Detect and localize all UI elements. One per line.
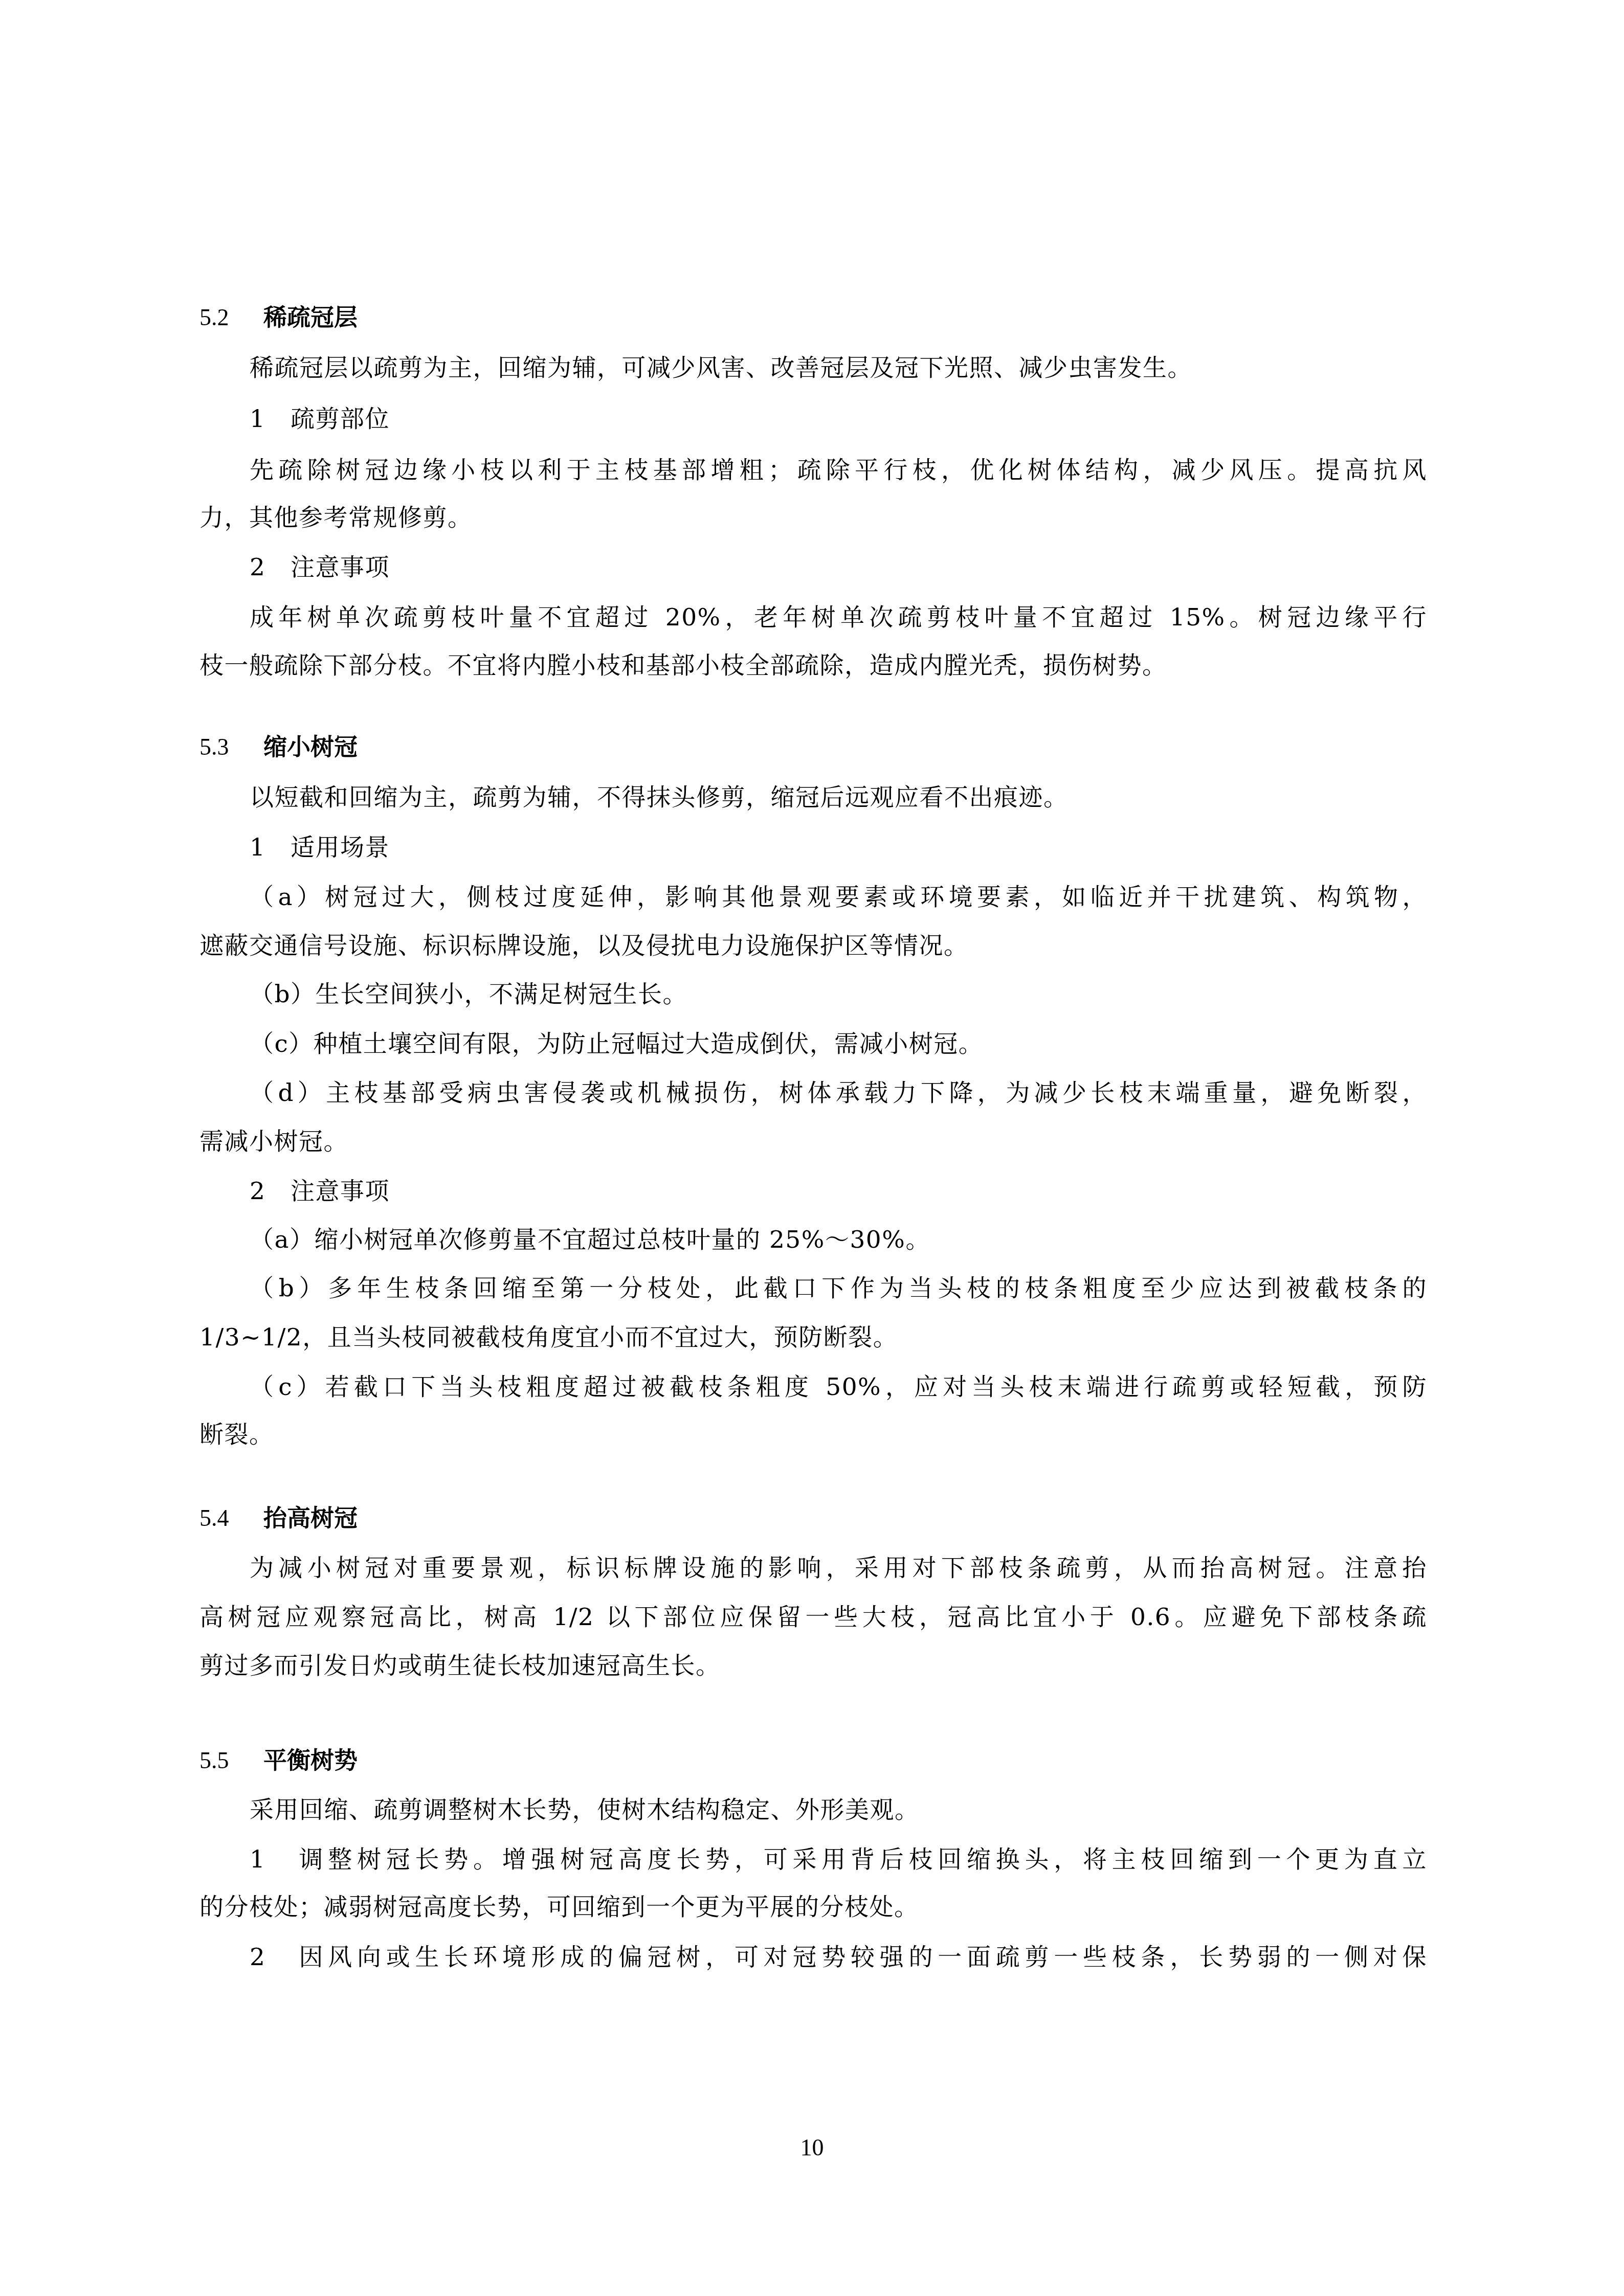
section-title: 抬高树冠: [263, 1504, 358, 1532]
paragraph-line: 高树冠应观察冠高比，树高 1/2 以下部位应保留一些大枝，冠高比宜小于 0.6。…: [199, 1602, 1427, 1633]
section-number: 5.2: [199, 302, 263, 333]
section-heading-5-4: 5.4抬高树冠: [199, 1502, 358, 1534]
paragraph-line: 力，其他参考常规修剪。: [199, 503, 1427, 533]
list-item-line: 断裂。: [199, 1420, 1427, 1450]
section-number: 5.4: [199, 1503, 263, 1534]
list-item-line: （d）主枝基部受病虫害侵袭或机械损伤，树体承载力下降，为减少长枝末端重量，避免断…: [199, 1078, 1427, 1109]
section-heading-5-3: 5.3缩小树冠: [199, 731, 358, 762]
list-item: （a）缩小树冠单次修剪量不宜超过总枝叶量的 25%～30%。: [199, 1225, 1427, 1255]
paragraph: 以短截和回缩为主，疏剪为辅，不得抹头修剪，缩冠后远观应看不出痕迹。: [199, 782, 1427, 813]
section-title: 稀疏冠层: [263, 303, 358, 331]
paragraph-line: 成年树单次疏剪枝叶量不宜超过 20%，老年树单次疏剪枝叶量不宜超过 15%。树冠…: [199, 602, 1427, 633]
section-heading-5-2: 5.2稀疏冠层: [199, 302, 358, 333]
paragraph-line: 的分枝处；减弱树冠高度长势，可回缩到一个更为平展的分枝处。: [199, 1892, 1427, 1923]
paragraph: 采用回缩、疏剪调整树木长势，使树木结构稳定、外形美观。: [199, 1795, 1427, 1826]
list-item-line: （a）树冠过大，侧枝过度延伸，影响其他景观要素或环境要素，如临近并干扰建筑、构筑…: [199, 882, 1427, 913]
subheading: 2 注意事项: [199, 1176, 1427, 1207]
section-heading-5-5: 5.5平衡树势: [199, 1745, 358, 1776]
paragraph-line: 枝一般疏除下部分枝。不宜将内膛小枝和基部小枝全部疏除，造成内膛光秃，损伤树势。: [199, 650, 1427, 681]
list-item-line: 需减小树冠。: [199, 1127, 1427, 1157]
list-item-line: （b）多年生枝条回缩至第一分枝处，此截口下作为当头枝的枝条粗度至少应达到被截枝条…: [199, 1273, 1427, 1304]
subheading: 1 适用场景: [199, 832, 1427, 863]
section-title: 缩小树冠: [263, 733, 358, 760]
paragraph-line: 1 调整树冠长势。增强树冠高度长势，可采用背后枝回缩换头，将主枝回缩到一个更为直…: [199, 1844, 1427, 1875]
paragraph-line: 剪过多而引发日灼或萌生徒长枝加速冠高生长。: [199, 1651, 1427, 1681]
section-number: 5.3: [199, 732, 263, 762]
paragraph-line: 2 因风向或生长环境形成的偏冠树，可对冠势较强的一面疏剪一些枝条，长势弱的一侧对…: [199, 1942, 1427, 1973]
list-item: （c）种植土壤空间有限，为防止冠幅过大造成倒伏，需减小树冠。: [199, 1029, 1427, 1060]
list-item: （b）生长空间狭小，不满足树冠生长。: [199, 979, 1427, 1010]
list-item-line: （c）若截口下当头枝粗度超过被截枝条粗度 50%，应对当头枝末端进行疏剪或轻短截…: [199, 1372, 1427, 1403]
list-item-line: 遮蔽交通信号设施、标识标牌设施，以及侵扰电力设施保护区等情况。: [199, 931, 1427, 961]
subheading: 2 注意事项: [199, 552, 1427, 583]
subheading: 1 疏剪部位: [199, 404, 1427, 435]
list-item-line: 1/3~1/2，且当头枝同被截枝角度宜小而不宜过大，预防断裂。: [199, 1322, 1427, 1353]
paragraph-line: 为减小树冠对重要景观，标识标牌设施的影响，采用对下部枝条疏剪，从而抬高树冠。注意…: [199, 1553, 1427, 1584]
section-number: 5.5: [199, 1745, 263, 1776]
page-number: 10: [0, 2132, 1624, 2163]
paragraph: 稀疏冠层以疏剪为主，回缩为辅，可减少风害、改善冠层及冠下光照、减少虫害发生。: [199, 353, 1427, 384]
section-title: 平衡树势: [263, 1746, 358, 1774]
paragraph-line: 先疏除树冠边缘小枝以利于主枝基部增粗；疏除平行枝，优化树体结构，减少风压。提高抗…: [199, 455, 1427, 486]
